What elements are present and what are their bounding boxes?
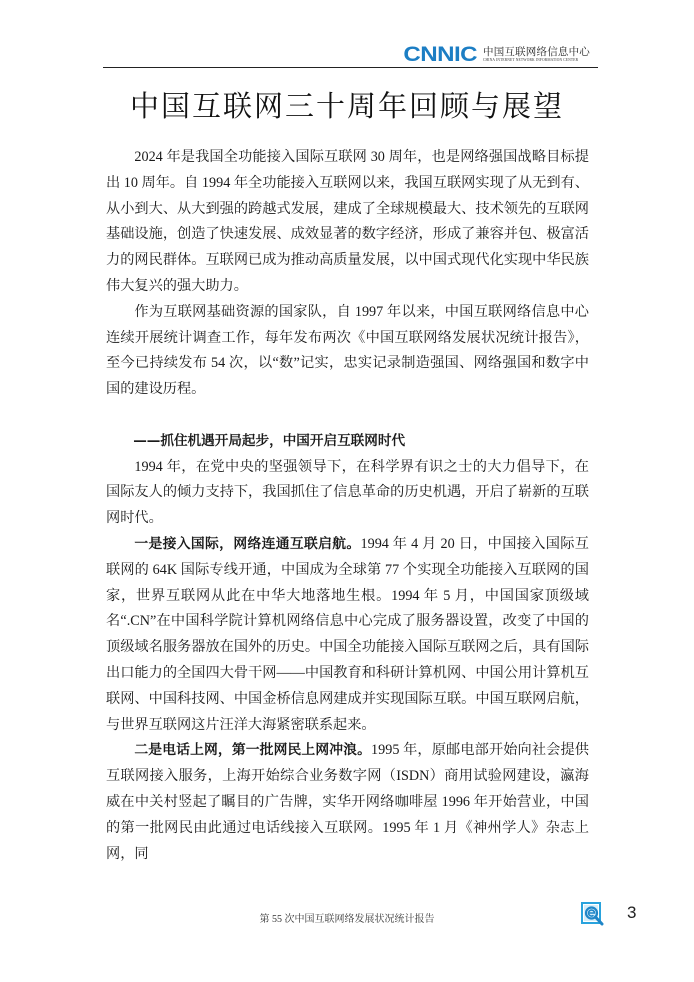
page-title: 中国互联网三十周年回顾与展望 <box>0 84 694 125</box>
point-one-body: 1994 年 4 月 20 日，中国接入国际互联网的 64K 国际专线开通，中国… <box>106 536 589 733</box>
logo-chinese-name: 中国互联网络信息中心 <box>483 46 590 58</box>
logo-english-name: CHINA INTERNET NETWORK INFORMATION CENTE… <box>483 58 590 63</box>
point-two-body: 1995 年，原邮电部开始向社会提供互联网接入服务，上海开始综合业务数字网（IS… <box>106 742 589 861</box>
logo-text: 中国互联网络信息中心 CHINA INTERNET NETWORK INFORM… <box>483 46 590 63</box>
section-spacer <box>106 403 589 429</box>
paragraph-1994: 1994 年，在党中央的坚强领导下，在科学界有识之士的大力倡导下，在国际友人的倾… <box>106 455 589 532</box>
logo-mark: CNNIC <box>403 46 477 64</box>
cnnic-logo: CNNIC 中国互联网络信息中心 CHINA INTERNET NETWORK … <box>413 46 590 64</box>
paragraph-intro: 2024 年是我国全功能接入国际互联网 30 周年，也是网络强国战略目标提出 1… <box>106 145 589 300</box>
point-two-lead: 二是电话上网，第一批网民上网冲浪。 <box>134 742 371 758</box>
document-body: 2024 年是我国全功能接入国际互联网 30 周年，也是网络强国战略目标提出 1… <box>106 145 589 867</box>
page-number: 3 <box>627 903 636 923</box>
paragraph-point-one: 一是接入国际，网络连通互联启航。1994 年 4 月 20 日，中国接入国际互联… <box>106 532 589 738</box>
magnifier-e-icon <box>581 902 605 926</box>
paragraph-cnnic: 作为互联网基础资源的国家队，自 1997 年以来，中国互联网络信息中心连续开展统… <box>106 300 589 403</box>
section-heading: ——抓住机遇开局起步，中国开启互联网时代 <box>106 429 589 455</box>
page-header: CNNIC 中国互联网络信息中心 CHINA INTERNET NETWORK … <box>103 40 598 68</box>
point-one-lead: 一是接入国际，网络连通互联启航。 <box>134 536 360 552</box>
paragraph-point-two: 二是电话上网，第一批网民上网冲浪。1995 年，原邮电部开始向社会提供互联网接入… <box>106 738 589 867</box>
header-divider <box>103 67 598 69</box>
